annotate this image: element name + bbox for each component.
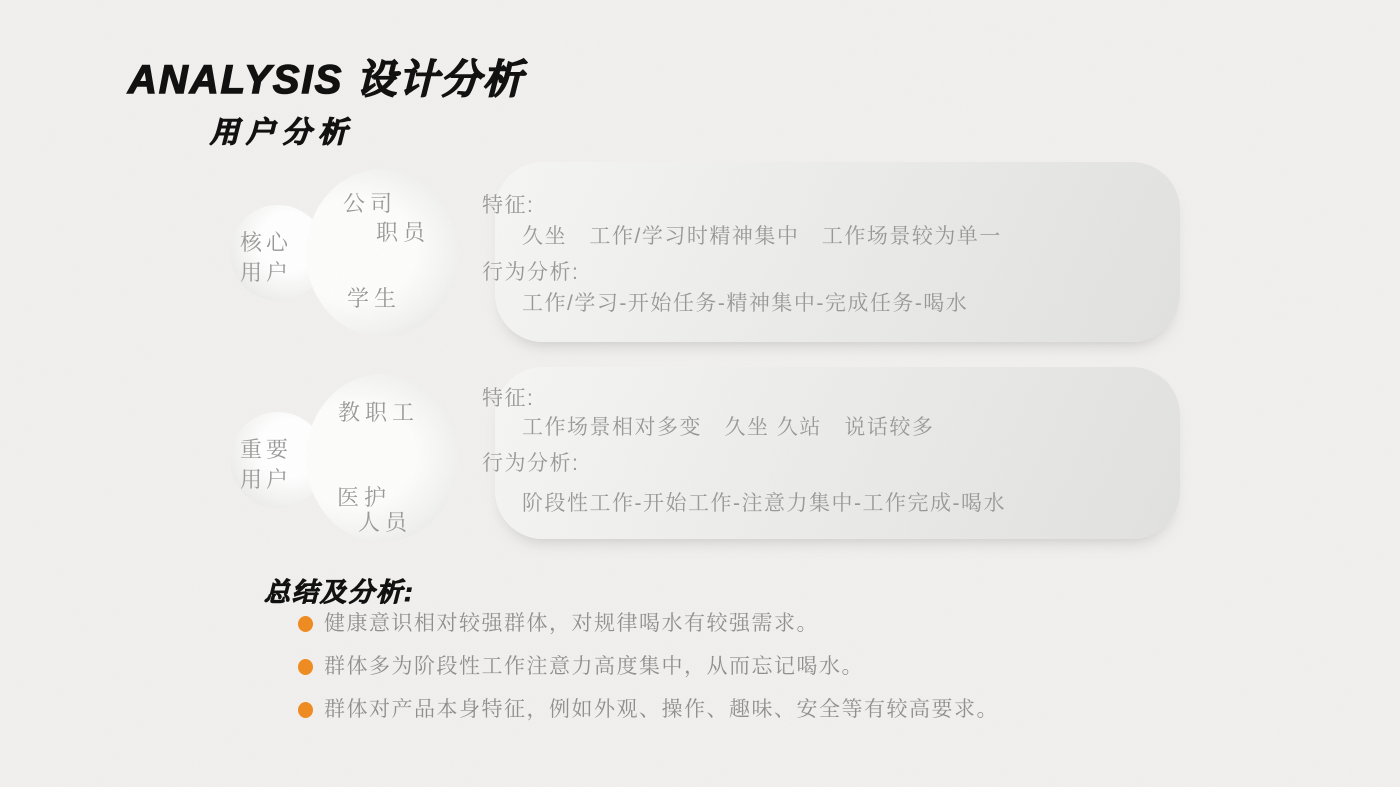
bullet-dot-icon [298, 702, 313, 718]
role-label-line: 重要 [240, 439, 292, 461]
feature-label: 特征: [482, 195, 534, 216]
summary-bullet: 健康意识相对较强群体，对规律喝水有较强需求。 [298, 611, 819, 636]
core-user-analysis-panel [495, 162, 1180, 342]
summary-heading: 总结及分析: [264, 572, 415, 609]
page-subtitle: 用户分析 [210, 110, 354, 151]
feature-label: 特征: [482, 388, 534, 409]
member-label: 人员 [358, 512, 412, 534]
bullet-text: 群体对产品本身特征，例如外观、操作、趣味、安全等有较高要求。 [324, 697, 999, 722]
role-label-line: 用户 [240, 262, 292, 284]
bullet-dot-icon [298, 616, 313, 632]
summary-bullet: 群体多为阶段性工作注意力高度集中，从而忘记喝水。 [298, 654, 864, 679]
feature-text: 久坐 工作/学习时精神集中 工作场景较为单一 [522, 226, 1002, 247]
member-label: 职员 [376, 222, 430, 244]
bullet-text: 群体多为阶段性工作注意力高度集中，从而忘记喝水。 [324, 654, 864, 679]
member-label: 学生 [347, 288, 401, 310]
member-label: 教职工 [338, 402, 419, 424]
bullet-text: 健康意识相对较强群体，对规律喝水有较强需求。 [324, 611, 819, 636]
important-user-group: 重要 用户 教职工 医护 人员 特征: 工作场景相对多变 久坐 久站 说话较多 … [0, 367, 1400, 552]
member-label: 公司 [343, 193, 397, 215]
page-title: ANALYSIS 设计分析 [128, 48, 524, 105]
role-label-line: 核心 [240, 232, 292, 254]
slide-canvas: ANALYSIS 设计分析 用户分析 核心 用户 公司 职员 学生 特征: 久坐… [0, 0, 1400, 787]
member-label: 医护 [337, 487, 391, 509]
summary-bullet: 群体对产品本身特征，例如外观、操作、趣味、安全等有较高要求。 [298, 697, 999, 722]
core-user-group: 核心 用户 公司 职员 学生 特征: 久坐 工作/学习时精神集中 工作场景较为单… [0, 162, 1400, 347]
behavior-label: 行为分析: [482, 262, 579, 283]
behavior-label: 行为分析: [482, 453, 579, 474]
behavior-text: 阶段性工作-开始工作-注意力集中-工作完成-喝水 [522, 493, 1006, 514]
behavior-text: 工作/学习-开始任务-精神集中-完成任务-喝水 [522, 293, 968, 314]
role-label-line: 用户 [240, 469, 292, 491]
feature-text: 工作场景相对多变 久坐 久站 说话较多 [522, 417, 934, 438]
bullet-dot-icon [298, 659, 313, 675]
